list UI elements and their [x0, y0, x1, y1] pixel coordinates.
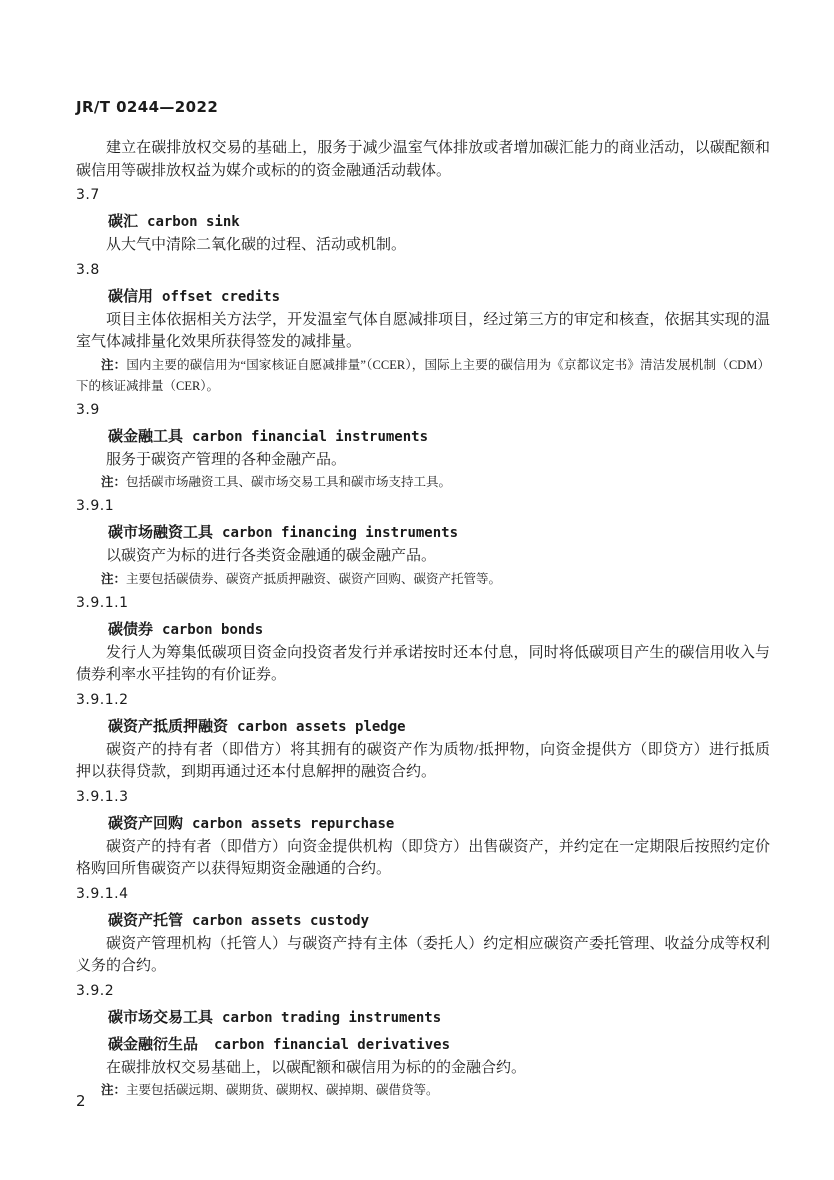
term-en: carbon financing instruments — [222, 525, 458, 541]
clause-3-7: 3.7 碳汇carbon sink 从大气中清除二氧化碳的过程、活动或机制。 — [76, 184, 770, 257]
note-text: 国内主要的碳信用为“国家核证自愿减排量”（CCER），国际上主要的碳信用为《京都… — [76, 358, 770, 393]
term-heading-secondary: 碳金融衍生品carbon financial derivatives — [76, 1033, 770, 1057]
term-heading: 碳市场融资工具carbon financing instruments — [76, 521, 770, 545]
note: 注：国内主要的碳信用为“国家核证自愿减排量”（CCER），国际上主要的碳信用为《… — [76, 355, 770, 397]
clause-number: 3.9.2 — [76, 980, 770, 1003]
clause-3-8: 3.8 碳信用offset credits 项目主体依据相关方法学，开发温室气体… — [76, 259, 770, 397]
clause-number: 3.7 — [76, 184, 770, 207]
page-content: JR/T 0244—2022 建立在碳排放权交易的基础上，服务于减少温室气体排放… — [76, 97, 770, 1101]
term-zh: 碳金融工具 — [108, 428, 183, 445]
intro-paragraph: 建立在碳排放权交易的基础上，服务于减少温室气体排放或者增加碳汇能力的商业活动，以… — [76, 137, 770, 182]
clause-number: 3.9.1.1 — [76, 592, 770, 615]
term-heading: 碳资产托管carbon assets custody — [76, 909, 770, 933]
term-en: carbon sink — [147, 214, 240, 230]
definition: 碳资产的持有者（即借方）向资金提供机构（即贷方）出售碳资产，并约定在一定期限后按… — [76, 836, 770, 881]
term-en: carbon trading instruments — [222, 1010, 441, 1026]
note: 注：主要包括碳债券、碳资产抵质押融资、碳资产回购、碳资产托管等。 — [76, 569, 770, 590]
term-zh: 碳资产回购 — [108, 815, 183, 832]
clause-3-9-2: 3.9.2 碳市场交易工具carbon trading instruments … — [76, 980, 770, 1102]
definition: 碳资产管理机构（托管人）与碳资产持有主体（委托人）约定相应碳资产委托管理、收益分… — [76, 933, 770, 978]
term-zh: 碳汇 — [108, 213, 138, 230]
term-zh: 碳债券 — [108, 621, 153, 638]
note-text: 主要包括碳债券、碳资产抵质押融资、碳资产回购、碳资产托管等。 — [126, 572, 501, 586]
term-en: carbon assets custody — [192, 913, 369, 929]
term-heading: 碳市场交易工具carbon trading instruments — [76, 1006, 770, 1030]
term-en: carbon financial instruments — [192, 429, 428, 445]
term-zh: 碳资产托管 — [108, 912, 183, 929]
definition: 项目主体依据相关方法学，开发温室气体自愿减排项目，经过第三方的审定和核查，依据其… — [76, 309, 770, 354]
term-en: carbon bonds — [162, 622, 263, 638]
term-zh: 碳市场交易工具 — [108, 1009, 213, 1026]
term-zh: 碳资产抵质押融资 — [108, 718, 228, 735]
clause-3-9: 3.9 碳金融工具carbon financial instruments 服务… — [76, 399, 770, 494]
page-header-doc-code: JR/T 0244—2022 — [76, 97, 770, 117]
clause-number: 3.8 — [76, 259, 770, 282]
term-heading: 碳信用offset credits — [76, 285, 770, 309]
note-text: 包括碳市场融资工具、碳市场交易工具和碳市场支持工具。 — [126, 475, 451, 489]
clause-number: 3.9.1 — [76, 495, 770, 518]
note-label: 注： — [101, 358, 126, 372]
definition: 发行人为筹集低碳项目资金向投资者发行并承诺按时还本付息，同时将低碳项目产生的碳信… — [76, 642, 770, 687]
note: 注：主要包括碳远期、碳期货、碳期权、碳掉期、碳借贷等。 — [76, 1080, 770, 1101]
term-heading: 碳汇carbon sink — [76, 210, 770, 234]
note-label: 注： — [101, 572, 126, 586]
term-en: carbon assets repurchase — [192, 816, 394, 832]
clause-3-9-1-1: 3.9.1.1 碳债券carbon bonds 发行人为筹集低碳项目资金向投资者… — [76, 592, 770, 687]
clause-3-9-1: 3.9.1 碳市场融资工具carbon financing instrument… — [76, 495, 770, 590]
note-text: 主要包括碳远期、碳期货、碳期权、碳掉期、碳借贷等。 — [126, 1083, 439, 1097]
term-heading: 碳资产回购carbon assets repurchase — [76, 812, 770, 836]
document-page: JR/T 0244—2022 建立在碳排放权交易的基础上，服务于减少温室气体排放… — [0, 0, 834, 1180]
clause-number: 3.9.1.3 — [76, 786, 770, 809]
clause-3-9-1-4: 3.9.1.4 碳资产托管carbon assets custody 碳资产管理… — [76, 883, 770, 978]
definition: 在碳排放权交易基础上，以碳配额和碳信用为标的的金融合约。 — [76, 1057, 770, 1080]
term-zh: 碳信用 — [108, 288, 153, 305]
term-zh: 碳金融衍生品 — [108, 1036, 198, 1053]
definition: 从大气中清除二氧化碳的过程、活动或机制。 — [76, 234, 770, 257]
term-en: offset credits — [162, 289, 280, 305]
page-number: 2 — [76, 1092, 86, 1110]
term-en: carbon assets pledge — [237, 719, 406, 735]
clause-number: 3.9.1.2 — [76, 689, 770, 712]
term-heading: 碳债券carbon bonds — [76, 618, 770, 642]
clause-3-9-1-2: 3.9.1.2 碳资产抵质押融资carbon assets pledge 碳资产… — [76, 689, 770, 784]
clause-3-9-1-3: 3.9.1.3 碳资产回购carbon assets repurchase 碳资… — [76, 786, 770, 881]
note-label: 注： — [101, 1083, 126, 1097]
term-zh: 碳市场融资工具 — [108, 524, 213, 541]
note-label: 注： — [101, 475, 126, 489]
note: 注：包括碳市场融资工具、碳市场交易工具和碳市场支持工具。 — [76, 472, 770, 493]
term-en: carbon financial derivatives — [214, 1037, 450, 1053]
term-heading: 碳金融工具carbon financial instruments — [76, 425, 770, 449]
clause-number: 3.9 — [76, 399, 770, 422]
term-heading: 碳资产抵质押融资carbon assets pledge — [76, 715, 770, 739]
clause-number: 3.9.1.4 — [76, 883, 770, 906]
definition: 碳资产的持有者（即借方）将其拥有的碳资产作为质物/抵押物，向资金提供方（即贷方）… — [76, 739, 770, 784]
definition: 服务于碳资产管理的各种金融产品。 — [76, 449, 770, 472]
definition: 以碳资产为标的进行各类资金融通的碳金融产品。 — [76, 545, 770, 568]
